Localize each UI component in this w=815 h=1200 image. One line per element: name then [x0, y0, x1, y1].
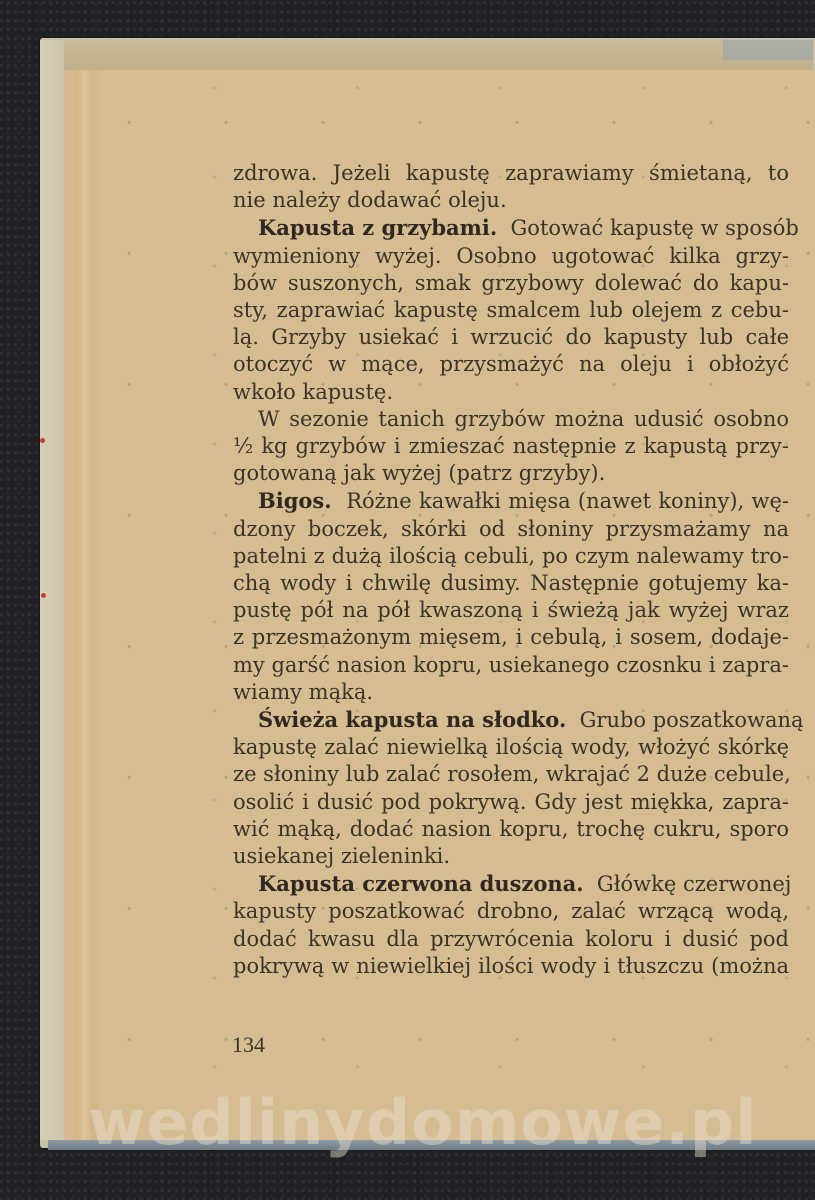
- text-line: dzony boczek, skórki od słoniny przysmaż…: [233, 516, 789, 543]
- text-fragment: Grubo poszatkowaną: [580, 708, 804, 732]
- text-line: patelni z dużą ilością cebuli, po czym n…: [233, 543, 789, 570]
- text-line: wić mąką, dodać nasion kopru, trochę cuk…: [233, 816, 789, 843]
- text-line: bów suszonych, smak grzybowy dolewać do …: [233, 270, 789, 297]
- text-line: dodać kwasu dla przywrócenia koloru i du…: [233, 926, 789, 953]
- page-number: 134: [232, 1032, 265, 1058]
- text-fragment: Gotować kapustę w sposób: [511, 216, 799, 240]
- paragraph: zdrowa. Jeżeli kapustę zaprawiamy śmieta…: [233, 160, 789, 214]
- text-line: lą. Grzyby usiekać i wrzucić do kapusty …: [233, 324, 789, 351]
- text-line: Kapusta z grzybami. Gotować kapustę w sp…: [233, 214, 789, 242]
- text-line: kapusty poszatkować drobno, zalać wrzącą…: [233, 898, 789, 925]
- text-line: pokrywą w niewielkiej ilości wody i tłus…: [233, 953, 789, 980]
- red-margin-mark: [41, 593, 46, 598]
- text-line: Kapusta czerwona duszona. Główkę czerwon…: [233, 870, 789, 898]
- text-fragment: Różne kawałki mięsa (nawet koniny), wę-: [346, 489, 789, 513]
- text-line: W sezonie tanich grzybów można udusić os…: [233, 406, 789, 433]
- recipe-heading: Świeża kapusta na słodko.: [258, 707, 566, 732]
- text-line: kapustę zalać niewielką ilością wody, wł…: [233, 734, 789, 761]
- text-line: Bigos. Różne kawałki mięsa (nawet koniny…: [233, 487, 789, 515]
- text-line: ze słoniny lub zalać rosołem, wkrajać 2 …: [233, 761, 789, 788]
- text-line: sty, zaprawiać kapustę smalcem lub oleje…: [233, 297, 789, 324]
- text-line: pustę pół na pół kwaszoną i świeżą jak w…: [233, 597, 789, 624]
- text-line: zdrowa. Jeżeli kapustę zaprawiamy śmieta…: [233, 160, 789, 187]
- text-line: wymieniony wyżej. Osobno ugotować kilka …: [233, 243, 789, 270]
- cover-blue-edge: [723, 40, 813, 60]
- page-text: zdrowa. Jeżeli kapustę zaprawiamy śmieta…: [233, 160, 789, 980]
- text-line: wkoło kapustę.: [233, 379, 789, 406]
- paragraph-kapusta-z-grzybami: Kapusta z grzybami. Gotować kapustę w sp…: [233, 214, 789, 405]
- text-line: wiamy mąką.: [233, 679, 789, 706]
- text-line: chą wody i chwilę dusimy. Następnie gotu…: [233, 570, 789, 597]
- text-line: usiekanej zieleninki.: [233, 843, 789, 870]
- text-fragment: Główkę czerwonej: [597, 872, 791, 896]
- paragraph-kapusta-czerwona: Kapusta czerwona duszona. Główkę czerwon…: [233, 870, 789, 980]
- text-line: nie należy dodawać oleju.: [233, 187, 789, 214]
- recipe-heading: Kapusta czerwona duszona.: [258, 871, 584, 896]
- text-line: Świeża kapusta na słodko. Grubo poszatko…: [233, 706, 789, 734]
- text-line: z przesmażonym mięsem, i cebulą, i sosem…: [233, 624, 789, 651]
- cover-top-flap: [48, 40, 813, 72]
- paragraph-swieza-kapusta: Świeża kapusta na słodko. Grubo poszatko…: [233, 706, 789, 870]
- text-line: otoczyć w mące, przysmażyć na oleju i ob…: [233, 351, 789, 378]
- text-line: gotowaną jak wyżej (patrz grzyby).: [233, 460, 789, 487]
- recipe-heading: Bigos.: [258, 488, 332, 513]
- watermark: wedlinydomowe.pl: [88, 1086, 757, 1159]
- paragraph-bigos: Bigos. Różne kawałki mięsa (nawet koniny…: [233, 487, 789, 706]
- recipe-heading: Kapusta z grzybami.: [258, 215, 497, 240]
- red-margin-mark: [40, 438, 45, 443]
- text-line: osolić i dusić pod pokrywą. Gdy jest mię…: [233, 789, 789, 816]
- cover-left-strip: [40, 40, 64, 1140]
- paragraph: W sezonie tanich grzybów można udusić os…: [233, 406, 789, 488]
- text-line: ½ kg grzybów i zmieszać następnie z kapu…: [233, 433, 789, 460]
- text-line: my garść nasion kopru, usiekanego czosnk…: [233, 652, 789, 679]
